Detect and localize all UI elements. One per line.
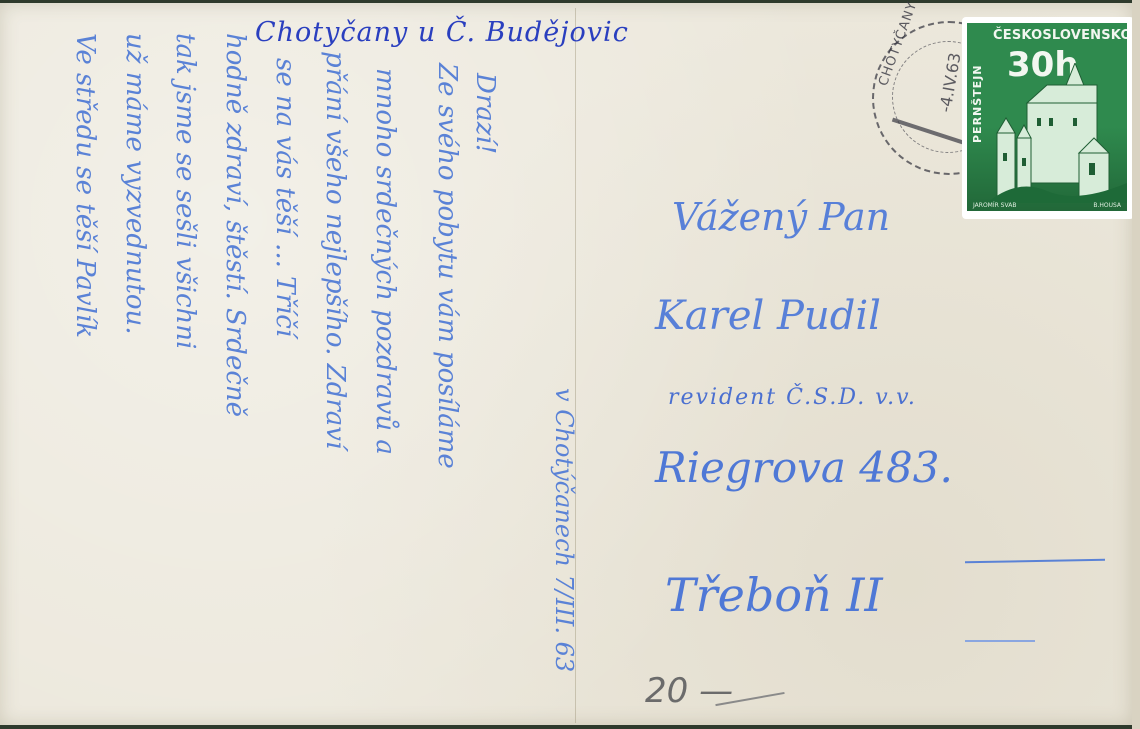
address-city: Třeboň II: [665, 568, 883, 622]
castle-icon: [987, 63, 1127, 203]
message-line: už máme vyzvednutou.: [120, 33, 150, 335]
message-line: se na vás těší ... Tříčí: [270, 58, 300, 337]
stamp-credit-right: B.HOUSA: [1093, 202, 1121, 209]
card-edge: [1132, 0, 1140, 729]
sender-place-date: v Chotýčanech 7/III. 63: [550, 388, 578, 672]
address-name: Karel Pudil: [655, 293, 881, 339]
postcard-back: Chotyčany u Č. Budějovic Drazí! Ze svého…: [0, 3, 1132, 725]
address-underline: [965, 640, 1035, 642]
address-salutation: Vážený Pan: [672, 195, 890, 239]
address-title: revident Č.S.D. v.v.: [668, 385, 917, 410]
message-line: přání všeho nejlepšího. Zdraví: [320, 51, 350, 449]
address-underline: [965, 559, 1105, 563]
stamp-castle-name: PERNŠTEJN: [971, 65, 984, 144]
message-line: tak jsme se sešli všichni: [170, 33, 200, 349]
message-line: Ve středu se těší Pavlík: [70, 33, 100, 338]
postage-stamp: ČESKOSLOVENSKO 30h PERNŠTEJN: [962, 17, 1134, 219]
message-line: Drazí!: [470, 73, 500, 154]
header-place: Chotyčany u Č. Budějovic: [255, 17, 629, 48]
address-street: Riegrova 483.: [655, 443, 953, 492]
stamp-country: ČESKOSLOVENSKO: [993, 28, 1127, 43]
message-line: mnoho srdečných pozdravů a: [370, 68, 400, 455]
message-line: hodně zdraví, štěstí. Srdečně: [220, 33, 250, 417]
stamp-image: ČESKOSLOVENSKO 30h PERNŠTEJN: [967, 23, 1127, 211]
stamp-credit-left: JAROMÍR SVAB: [973, 202, 1016, 209]
message-line: Ze svého pobytu vám posíláme: [432, 63, 462, 469]
